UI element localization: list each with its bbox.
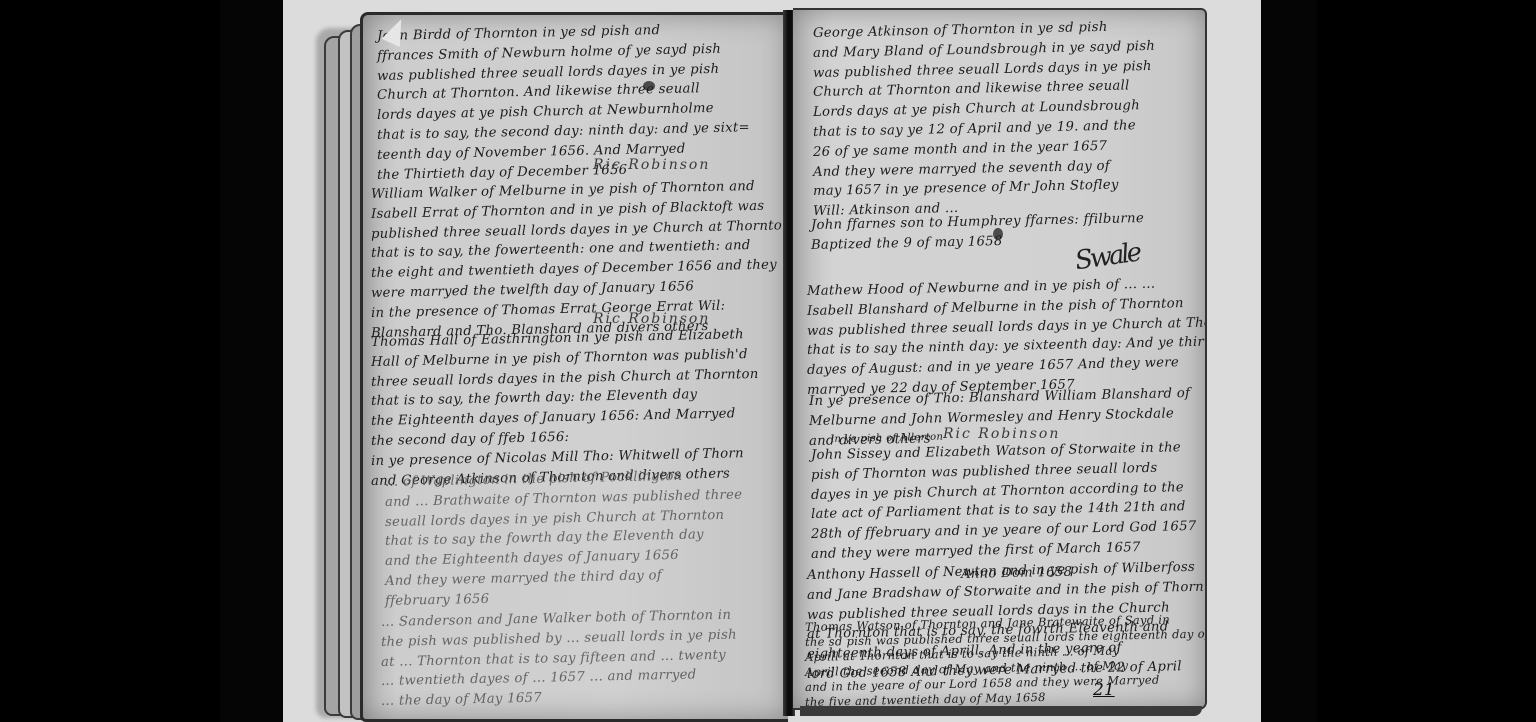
register-entry: ... of Waplington in the pish of Pocklin… bbox=[385, 473, 742, 612]
frame-left-edge bbox=[220, 0, 283, 722]
ink-blot bbox=[643, 81, 655, 91]
register-entry: Mathew Hood of Newburne and in ye pish o… bbox=[807, 282, 1207, 401]
minister-signature: Ric Robinson bbox=[593, 311, 710, 327]
register-entry: Thomas Watson of Thornton and Jane Brate… bbox=[805, 620, 1207, 710]
ink-blot bbox=[993, 228, 1003, 240]
frame-right-edge bbox=[1261, 0, 1317, 722]
minister-signature: Ric Robinson bbox=[593, 157, 710, 173]
image-viewer: John Birdd of Thornton in ye sd pish and… bbox=[0, 0, 1536, 722]
register-entry: William Walker of Melburne in ye pish of… bbox=[371, 185, 788, 343]
register-entry: George Atkinson of Thornton in ye sd pis… bbox=[813, 24, 1155, 222]
left-page: John Birdd of Thornton in ye sd pish and… bbox=[360, 12, 788, 722]
register-entry: ... Sanderson and Jane Walker both of Th… bbox=[381, 613, 737, 712]
page-number: 21 bbox=[1093, 680, 1115, 700]
page-bottom-edge bbox=[800, 706, 1202, 716]
right-page: George Atkinson of Thornton in ye sd pis… bbox=[793, 8, 1207, 710]
